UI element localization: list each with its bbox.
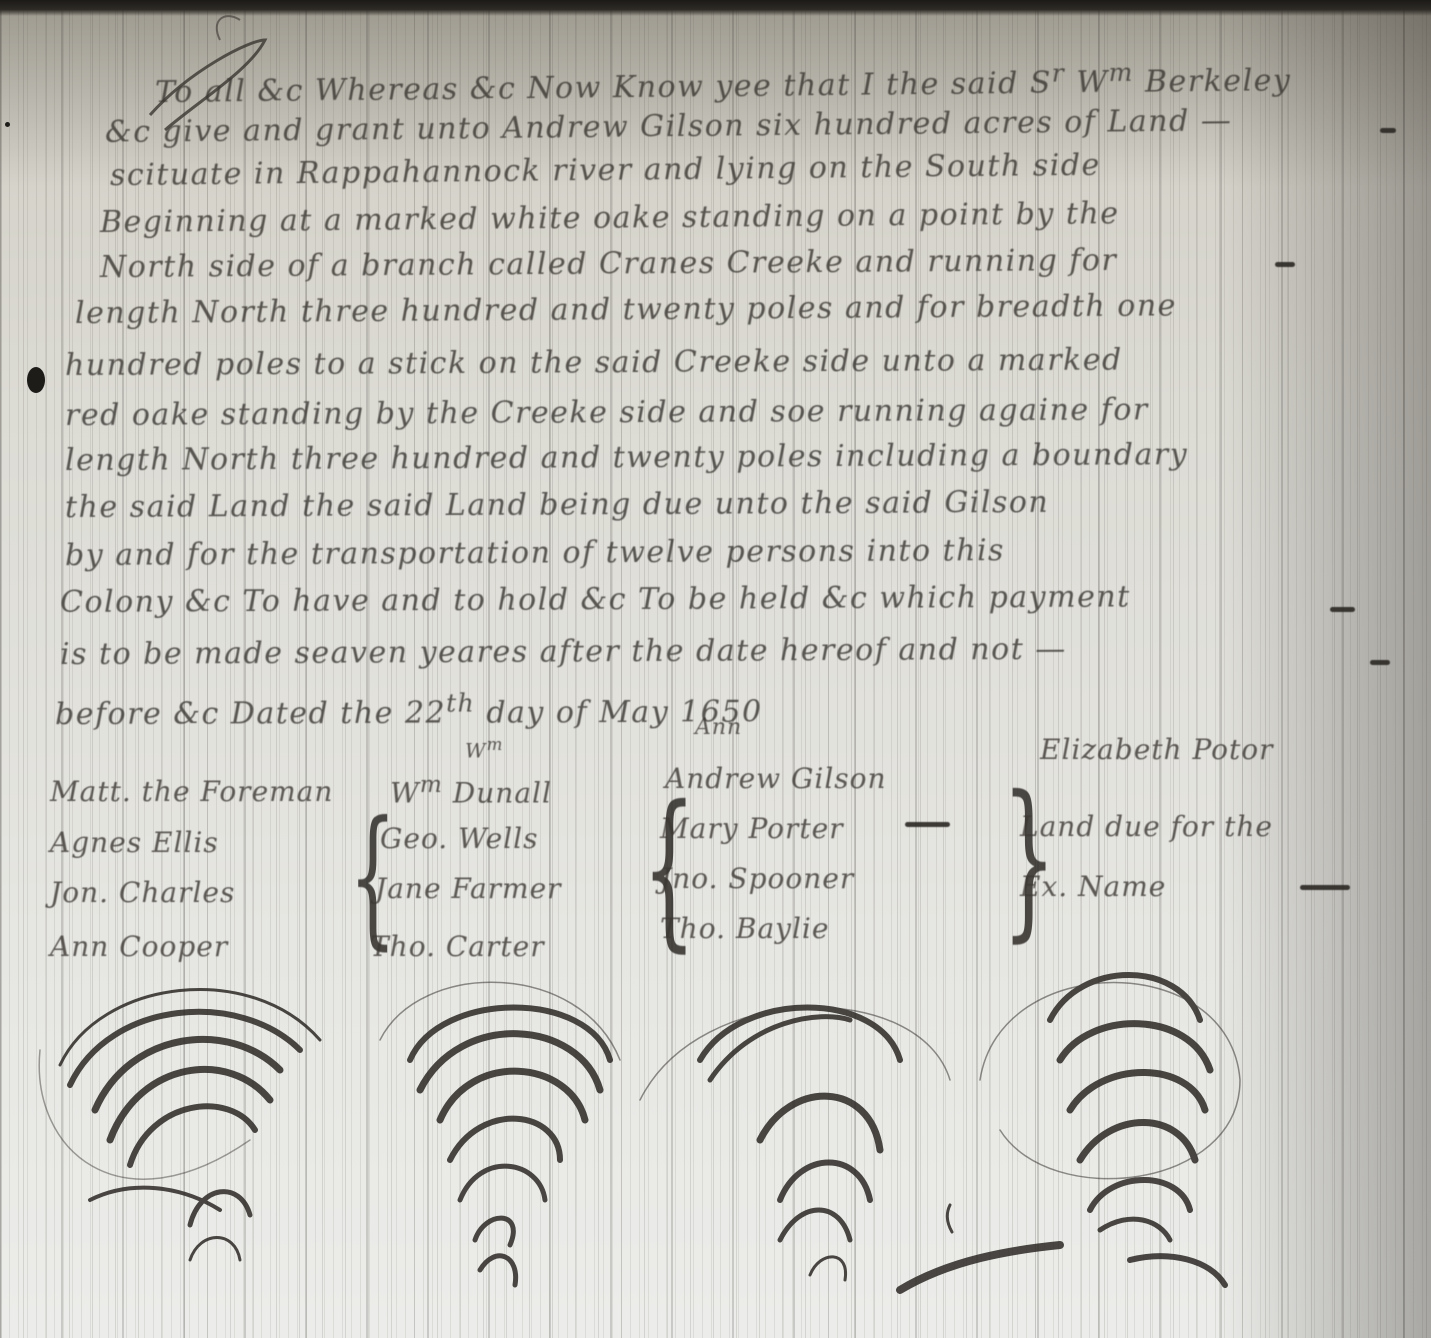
calligraphic-flourishes-icon bbox=[0, 0, 1431, 1338]
manuscript-page: To all &c Whereas &c Now Know yee that I… bbox=[0, 0, 1431, 1338]
